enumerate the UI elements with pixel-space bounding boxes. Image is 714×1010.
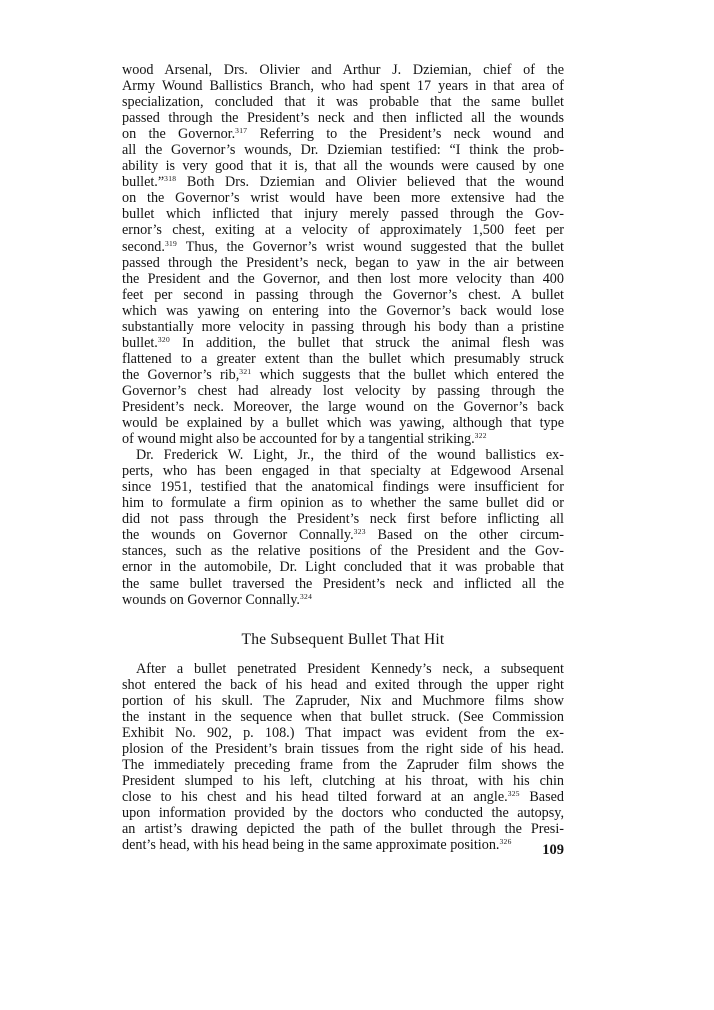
line-text: perts, who has been engaged in that spec… xyxy=(122,463,564,479)
footnote-reference: 325 xyxy=(508,789,520,798)
text-line: would be explained by a bullet which was… xyxy=(122,415,564,431)
text-line: close to his chest and his head tilted f… xyxy=(122,789,564,805)
line-text: dent’s head, with his head being in the … xyxy=(122,837,499,853)
text-line: wounds on Governor Connally.324 xyxy=(122,592,564,608)
line-text: bullet. xyxy=(122,335,158,351)
footnote-reference: 323 xyxy=(354,527,366,536)
line-text: passed through the President’s neck and … xyxy=(122,110,564,126)
footnote-reference: 326 xyxy=(499,837,511,846)
text-line: ability is very good that it is, that al… xyxy=(122,158,564,174)
text-line: passed through the President’s neck, beg… xyxy=(122,255,564,271)
line-text: on the Governor. xyxy=(122,126,235,142)
line-text: the same bullet traversed the President’… xyxy=(122,576,564,592)
page-number: 109 xyxy=(520,842,564,859)
text-line: bullet which inflicted that injury merel… xyxy=(122,206,564,222)
line-text: would be explained by a bullet which was… xyxy=(122,415,564,431)
line-text: ability is very good that it is, that al… xyxy=(122,158,564,174)
text-line: stances, such as the relative positions … xyxy=(122,543,564,559)
line-text-continued: In addition, the bullet that struck the … xyxy=(170,335,564,351)
line-text-continued: Thus, the Governor’s wrist wound suggest… xyxy=(177,239,564,255)
line-text: close to his chest and his head tilted f… xyxy=(122,789,508,805)
text-line: bullet.”318 Both Drs. Dziemian and Olivi… xyxy=(122,174,564,190)
text-line: portion of his skull. The Zapruder, Nix … xyxy=(122,693,564,709)
line-text: plosion of the President’s brain tissues… xyxy=(122,741,564,757)
line-text: which was yawing on entering into the Go… xyxy=(122,303,564,319)
paragraph-light-testimony: Dr. Frederick W. Light, Jr., the third o… xyxy=(122,447,564,607)
footnote-reference: 324 xyxy=(300,592,312,601)
text-line: bullet.320 In addition, the bullet that … xyxy=(122,335,564,351)
line-text: upon information provided by the doctors… xyxy=(122,805,564,821)
line-text: flattened to a greater extent than the b… xyxy=(122,351,564,367)
line-text: an artist’s drawing depicted the path of… xyxy=(122,821,564,837)
line-text: wood Arsenal, Drs. Olivier and Arthur J.… xyxy=(122,62,564,78)
line-text: Army Wound Ballistics Branch, who had sp… xyxy=(122,78,564,94)
document-page: wood Arsenal, Drs. Olivier and Arthur J.… xyxy=(122,62,564,853)
text-line: perts, who has been engaged in that spec… xyxy=(122,463,564,479)
line-text: After a bullet penetrated President Kenn… xyxy=(136,661,564,677)
footnote-reference: 319 xyxy=(165,239,177,248)
footnote-reference: 322 xyxy=(475,431,487,440)
line-text: since 1951, testified that the anatomica… xyxy=(122,479,564,495)
text-line: upon information provided by the doctors… xyxy=(122,805,564,821)
line-text: portion of his skull. The Zapruder, Nix … xyxy=(122,693,564,709)
text-line: on the Governor’s wrist would have been … xyxy=(122,190,564,206)
text-line: the same bullet traversed the President’… xyxy=(122,576,564,592)
text-line: plosion of the President’s brain tissues… xyxy=(122,741,564,757)
text-line: After a bullet penetrated President Kenn… xyxy=(122,661,564,677)
footnote-reference: 321 xyxy=(239,367,251,376)
text-line: since 1951, testified that the anatomica… xyxy=(122,479,564,495)
text-line: him to formulate a firm opinion as to wh… xyxy=(122,495,564,511)
line-text: Exhibit No. 902, p. 108.) That impact wa… xyxy=(122,725,564,741)
text-line: second.319 Thus, the Governor’s wrist wo… xyxy=(122,239,564,255)
text-line: dent’s head, with his head being in the … xyxy=(122,837,564,853)
line-text: of wound might also be accounted for by … xyxy=(122,431,475,447)
line-text: ernor’s chest, exiting at a velocity of … xyxy=(122,222,564,238)
line-text-continued: Referring to the President’s neck wound … xyxy=(247,126,564,142)
line-text-continued: Based on the other circum- xyxy=(366,527,564,543)
line-text: feet per second in passing through the G… xyxy=(122,287,564,303)
text-line: the President and the Governor, and then… xyxy=(122,271,564,287)
line-text-continued: Both Drs. Dziemian and Olivier believed … xyxy=(176,174,564,190)
line-text: wounds on Governor Connally. xyxy=(122,592,300,608)
footnote-reference: 320 xyxy=(158,335,170,344)
text-line: the Governor’s rib,321 which suggests th… xyxy=(122,367,564,383)
text-line: passed through the President’s neck and … xyxy=(122,110,564,126)
text-line: President slumped to his left, clutching… xyxy=(122,773,564,789)
text-line: Governor’s chest had already lost veloci… xyxy=(122,383,564,399)
line-text-continued: Based xyxy=(520,789,564,805)
paragraph-dziemian-olivier: wood Arsenal, Drs. Olivier and Arthur J.… xyxy=(122,62,564,447)
text-line: substantially more velocity in passing t… xyxy=(122,319,564,335)
text-line: an artist’s drawing depicted the path of… xyxy=(122,821,564,837)
line-text: The immediately preceding frame from the… xyxy=(122,757,564,773)
line-text-continued: which suggests that the bullet which ent… xyxy=(251,367,564,383)
line-text: on the Governor’s wrist would have been … xyxy=(122,190,564,206)
line-text: the instant in the sequence when that bu… xyxy=(122,709,564,725)
text-line: all the Governor’s wounds, Dr. Dziemian … xyxy=(122,142,564,158)
text-line: feet per second in passing through the G… xyxy=(122,287,564,303)
footnote-reference: 317 xyxy=(235,126,247,135)
text-line: on the Governor.317 Referring to the Pre… xyxy=(122,126,564,142)
text-line: ernor’s chest, exiting at a velocity of … xyxy=(122,222,564,238)
text-line: the wounds on Governor Connally.323 Base… xyxy=(122,527,564,543)
text-line: The immediately preceding frame from the… xyxy=(122,757,564,773)
line-text: him to formulate a firm opinion as to wh… xyxy=(122,495,564,511)
line-text: ernor in the automobile, Dr. Light concl… xyxy=(122,559,564,575)
line-text: President’s neck. Moreover, the large wo… xyxy=(122,399,564,415)
line-text: specialization, concluded that it was pr… xyxy=(122,94,564,110)
text-line: President’s neck. Moreover, the large wo… xyxy=(122,399,564,415)
line-text: President slumped to his left, clutching… xyxy=(122,773,564,789)
text-line: Dr. Frederick W. Light, Jr., the third o… xyxy=(122,447,564,463)
text-line: specialization, concluded that it was pr… xyxy=(122,94,564,110)
text-line: ernor in the automobile, Dr. Light concl… xyxy=(122,559,564,575)
text-line: the instant in the sequence when that bu… xyxy=(122,709,564,725)
line-text: second. xyxy=(122,239,165,255)
text-line: which was yawing on entering into the Go… xyxy=(122,303,564,319)
line-text: the Governor’s rib, xyxy=(122,367,239,383)
section-heading: The Subsequent Bullet That Hit xyxy=(122,631,564,649)
line-text: the President and the Governor, and then… xyxy=(122,271,564,287)
line-text: stances, such as the relative positions … xyxy=(122,543,564,559)
line-text: Governor’s chest had already lost veloci… xyxy=(122,383,564,399)
footnote-reference: 318 xyxy=(164,174,176,183)
line-text: substantially more velocity in passing t… xyxy=(122,319,564,335)
text-line: wood Arsenal, Drs. Olivier and Arthur J.… xyxy=(122,62,564,78)
line-text: bullet which inflicted that injury merel… xyxy=(122,206,564,222)
line-text: Dr. Frederick W. Light, Jr., the third o… xyxy=(136,447,564,463)
text-line: flattened to a greater extent than the b… xyxy=(122,351,564,367)
paragraph-subsequent-bullet: After a bullet penetrated President Kenn… xyxy=(122,661,564,854)
line-text: passed through the President’s neck, beg… xyxy=(122,255,564,271)
line-text: did not pass through the President’s nec… xyxy=(122,511,564,527)
text-line: Army Wound Ballistics Branch, who had sp… xyxy=(122,78,564,94)
line-text: the wounds on Governor Connally. xyxy=(122,527,354,543)
text-line: shot entered the back of his head and ex… xyxy=(122,677,564,693)
line-text: bullet.” xyxy=(122,174,164,190)
text-line: of wound might also be accounted for by … xyxy=(122,431,564,447)
text-line: did not pass through the President’s nec… xyxy=(122,511,564,527)
line-text: all the Governor’s wounds, Dr. Dziemian … xyxy=(122,142,564,158)
line-text: shot entered the back of his head and ex… xyxy=(122,677,564,693)
text-line: Exhibit No. 902, p. 108.) That impact wa… xyxy=(122,725,564,741)
